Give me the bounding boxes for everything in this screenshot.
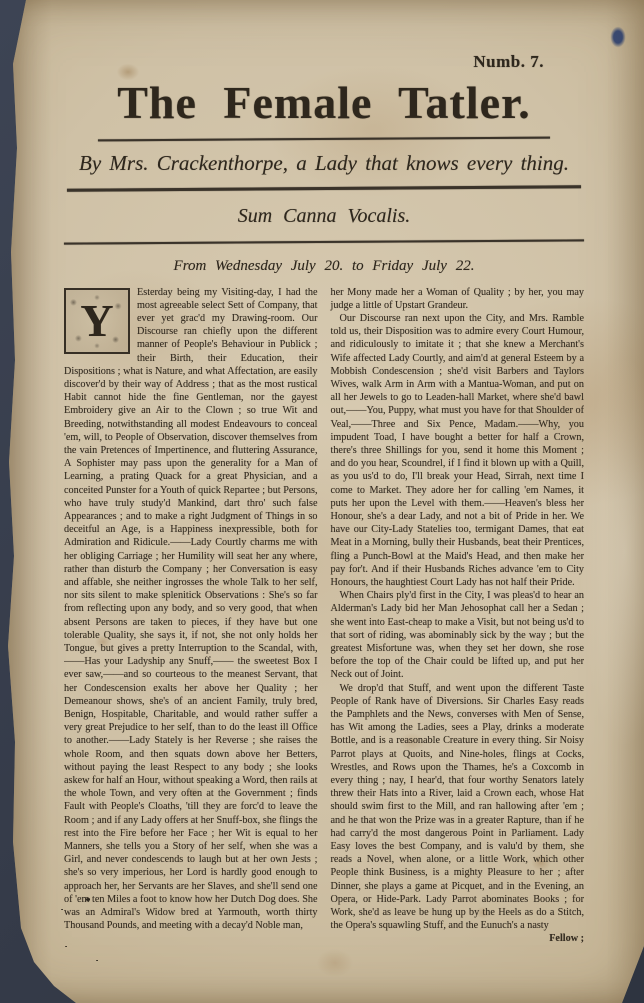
body-columns: YEsterday being my Visiting-day, I had t…: [64, 286, 584, 992]
body-paragraph: YEsterday being my Visiting-day, I had t…: [64, 286, 318, 933]
left-column: YEsterday being my Visiting-day, I had t…: [64, 286, 318, 992]
drop-cap: Y: [64, 288, 130, 354]
rule-divider: [64, 239, 584, 244]
paragraph-text: Esterday being my Visiting-day, I had th…: [64, 287, 318, 932]
date-line: From Wednesday July 20. to Friday July 2…: [64, 258, 584, 275]
rule-divider: [67, 185, 581, 191]
page-title: The Female Tatler.: [64, 76, 584, 129]
body-paragraph: Our Discourse ran next upon the City, an…: [331, 312, 585, 589]
motto: Sum Canna Vocalis.: [64, 205, 584, 228]
catchword: Fellow ;: [331, 932, 585, 945]
issue-number: Numb. 7.: [64, 52, 584, 72]
byline: By Mrs. Crackenthorpe, a Lady that knows…: [64, 151, 584, 176]
body-paragraph: When Chairs ply'd first in the City, I w…: [331, 589, 585, 681]
body-paragraph: her Mony made her a Woman of Quality ; b…: [331, 286, 585, 312]
photo-background: Numb. 7. The Female Tatler. By Mrs. Crac…: [0, 0, 644, 1003]
newspaper-page: Numb. 7. The Female Tatler. By Mrs. Crac…: [0, 0, 644, 1003]
rule-divider: [98, 137, 550, 142]
page-content: Numb. 7. The Female Tatler. By Mrs. Crac…: [64, 0, 584, 992]
body-paragraph: We drop'd that Stuff, and went upon the …: [331, 682, 585, 933]
right-column: her Mony made her a Woman of Quality ; b…: [331, 286, 585, 992]
